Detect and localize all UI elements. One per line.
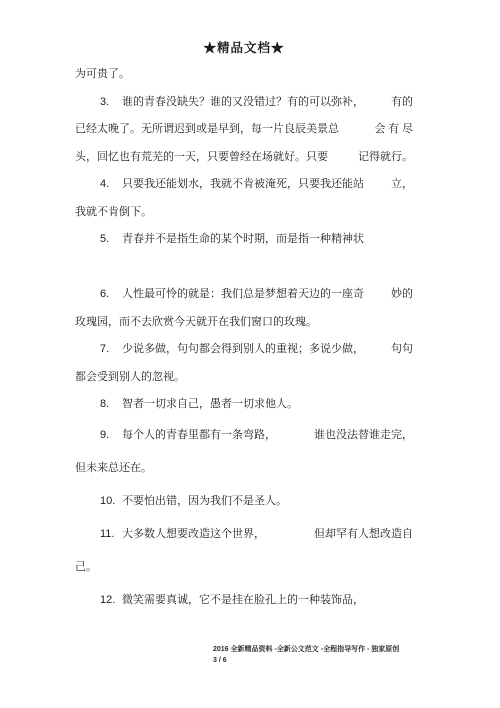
list-item-line: 8.智者一切求自己，愚者一切求他人。 (75, 391, 413, 419)
list-item-line: 7.少说多做，句句都会得到别人的重视；多说少做，句句 (75, 336, 413, 364)
line-left-part: 都会受到别人的忽视。 (75, 364, 185, 392)
item-number: 5. (100, 226, 122, 254)
page-number: 3 / 6 (213, 656, 443, 667)
line-left-part: 9.每个人的青春里都有一条弯路， (75, 419, 276, 452)
text-segment: 只要我还能划水，我就不肯被淹死，只要我还能站 (122, 178, 364, 190)
line-left-part: 5.青春并不是指生命的某个时期，而是指一种精神状 (75, 226, 364, 254)
page-footer: 2016 全新精品资料 -全新公文范文 -全程指导写作 - 独家原创 3 / 6 (213, 645, 443, 666)
text-segment: 智者一切求自己，愚者一切求他人。 (122, 398, 298, 410)
document-page: ★精品文档★ 为可贵了。3.谁的青春没缺失？谁的又没错过？有的可以弥补，有的已经… (0, 0, 500, 708)
text-line: 玫瑰园，而不去欣赏今天就开在我们窗口的玫瑰。 (75, 309, 413, 337)
list-item-line: 6.人性最可怜的就是：我们总是梦想着天边的一座奇妙的 (75, 281, 413, 309)
line-left-part: 3.谁的青春没缺失？谁的又没错过？有的可以弥补， (75, 89, 364, 117)
list-item-line: 4.只要我还能划水，我就不肯被淹死，只要我还能站立， (75, 171, 413, 199)
text-segment: 为可贵了。 (75, 68, 130, 80)
line-left-part: 玫瑰园，而不去欣赏今天就开在我们窗口的玫瑰。 (75, 309, 317, 337)
text-segment: 谁也没法替谁走完， (314, 419, 413, 452)
text-segment: 但未来总还在。 (75, 462, 152, 474)
text-segment: 已经太晚了。无所谓迟到或是早到，每一片良辰美景总 (75, 123, 339, 135)
line-left-part: 己。 (75, 551, 97, 584)
list-item-line: 12.微笑需要真诚，它不是挂在脸孔上的一种装饰品， (75, 584, 413, 617)
line-left-part: 但未来总还在。 (75, 452, 152, 485)
item-number: 10. (100, 485, 122, 518)
text-line: 己。 (75, 551, 413, 584)
text-line: 但未来总还在。 (75, 452, 413, 485)
text-segment: 妙的 (391, 281, 413, 309)
text-segment: 人性最可怜的就是：我们总是梦想着天边的一座奇 (122, 288, 364, 300)
line-left-part: 11.大多数人想要改造这个世界， (75, 518, 265, 551)
line-left-part: 为可贵了。 (75, 61, 130, 89)
item-number: 7. (100, 336, 122, 364)
item-number: 3. (100, 89, 122, 117)
text-segment: 玫瑰园，而不去欣赏今天就开在我们窗口的玫瑰。 (75, 316, 317, 328)
text-segment: 谁的青春没缺失？谁的又没错过？有的可以弥补， (122, 96, 364, 108)
line-left-part: 6.人性最可怜的就是：我们总是梦想着天边的一座奇 (75, 281, 364, 309)
text-segment: 都会受到别人的忽视。 (75, 371, 185, 383)
item-number: 11. (100, 518, 122, 551)
item-number: 9. (100, 419, 122, 452)
item-number: 4. (100, 171, 122, 199)
text-line: 已经太晚了。无所谓迟到或是早到，每一片良辰美景总会 有 尽 (75, 116, 413, 144)
list-item-line: 10.不要怕出错，因为我们不是圣人。 (75, 485, 413, 518)
text-segment: 有的 (391, 89, 413, 117)
list-item-line: 5.青春并不是指生命的某个时期，而是指一种精神状 (75, 226, 413, 254)
text-segment: 记得就行。 (358, 144, 413, 172)
line-left-part: 我就不肯倒下。 (75, 199, 152, 227)
text-segment: 我就不肯倒下。 (75, 206, 152, 218)
list-item-line: 3.谁的青春没缺失？谁的又没错过？有的可以弥补，有的 (75, 89, 413, 117)
line-left-part: 8.智者一切求自己，愚者一切求他人。 (75, 391, 298, 419)
line-left-part: 头，回忆也有荒芜的一天，只要曾经在场就好。只要 (75, 144, 328, 172)
list-item-line: 9.每个人的青春里都有一条弯路，谁也没法替谁走完， (75, 419, 413, 452)
line-left-part: 7.少说多做，句句都会得到别人的重视；多说少做， (75, 336, 364, 364)
text-segment: 每个人的青春里都有一条弯路， (122, 429, 276, 441)
document-body: 为可贵了。3.谁的青春没缺失？谁的又没错过？有的可以弥补，有的已经太晚了。无所谓… (75, 61, 413, 617)
text-segment: 微笑需要真诚，它不是挂在脸孔上的一种装饰品， (122, 594, 364, 606)
text-segment: 头，回忆也有荒芜的一天，只要曾经在场就好。只要 (75, 151, 328, 163)
text-segment: 句句 (391, 336, 413, 364)
text-segment: 少说多做，句句都会得到别人的重视；多说少做， (122, 343, 364, 355)
page-header: ★精品文档★ (75, 40, 413, 56)
text-segment: 会 有 尽 (375, 116, 414, 144)
list-item-line: 11.大多数人想要改造这个世界，但却罕有人想改造自 (75, 518, 413, 551)
text-segment: 立， (391, 171, 413, 199)
item-number: 6. (100, 281, 122, 309)
text-line: 为可贵了。 (75, 61, 413, 89)
text-line: 头，回忆也有荒芜的一天，只要曾经在场就好。只要记得就行。 (75, 144, 413, 172)
text-segment: 己。 (75, 561, 97, 573)
blank-line (75, 254, 413, 282)
item-number: 12. (100, 584, 122, 617)
line-left-part: 10.不要怕出错，因为我们不是圣人。 (75, 485, 287, 518)
text-segment: 但却罕有人想改造自 (314, 518, 413, 551)
line-left-part: 4.只要我还能划水，我就不肯被淹死，只要我还能站 (75, 171, 364, 199)
footer-credit-line: 2016 全新精品资料 -全新公文范文 -全程指导写作 - 独家原创 (213, 645, 443, 656)
line-left-part: 已经太晚了。无所谓迟到或是早到，每一片良辰美景总 (75, 116, 339, 144)
item-number: 8. (100, 391, 122, 419)
text-line: 我就不肯倒下。 (75, 199, 413, 227)
line-left-part: 12.微笑需要真诚，它不是挂在脸孔上的一种装饰品， (75, 584, 364, 617)
text-segment: 青春并不是指生命的某个时期，而是指一种精神状 (122, 233, 364, 245)
text-line: 都会受到别人的忽视。 (75, 364, 413, 392)
text-segment: 不要怕出错，因为我们不是圣人。 (122, 495, 287, 507)
text-segment: 大多数人想要改造这个世界， (122, 528, 265, 540)
